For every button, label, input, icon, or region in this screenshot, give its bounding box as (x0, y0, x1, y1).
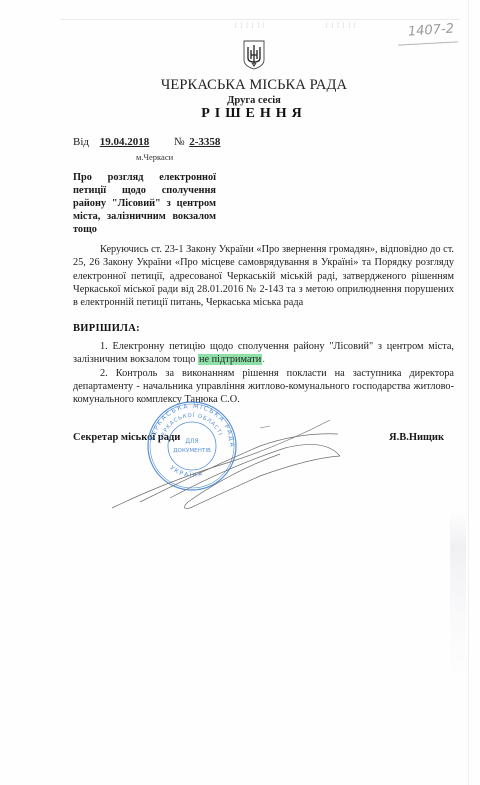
handwritten-signature (110, 410, 340, 510)
document-type: РІШЕННЯ (0, 106, 480, 122)
number-label: № (174, 136, 185, 148)
decided-label: ВИРІШИЛА: (73, 323, 140, 334)
top-rule (60, 19, 460, 20)
registration-mark: 1407-2 (408, 21, 455, 39)
decision-date: 19.04.2018 (100, 136, 150, 148)
city: м.Черкаси (136, 152, 173, 162)
date-number-line: Від 19.04.2018 № 2-3358 (73, 136, 220, 148)
highlighted-phrase: не підтримати (198, 354, 262, 365)
scan-smudge (450, 512, 466, 682)
scan-ticks: ¦¦¦¦¦¦ (234, 22, 268, 28)
decision-number: 2-3358 (189, 136, 220, 148)
session-name: Друга сесія (0, 95, 480, 106)
decision-subject: Про розгляд електронної петиції щодо спо… (73, 171, 216, 236)
organization-name: ЧЕРКАСЬКА МІСЬКА РАДА (0, 77, 480, 94)
preamble: Керуючись ст. 23-1 Закону України «Про з… (73, 243, 454, 309)
date-label: Від (73, 136, 89, 148)
registration-underline (398, 41, 458, 45)
coat-of-arms-trident-icon (243, 40, 265, 70)
decision-items: 1. Електронну петицію щодо сполучення ра… (73, 340, 454, 406)
document-page: ¦¦¦¦¦¦ ¦¦¦¦¦¦ 1407-2 ЧЕРКАСЬКА МІСЬКА РА… (0, 0, 480, 785)
preamble-text: Керуючись ст. 23-1 Закону України «Про з… (73, 243, 454, 309)
decision-item-1: 1. Електронну петицію щодо сполучення ра… (73, 340, 454, 367)
signatory-name: Я.В.Нищик (389, 432, 444, 443)
decision-item-2: 2. Контроль за виконанням рішення поклас… (73, 367, 454, 407)
scan-ticks: ¦¦¦¦¦¦ (325, 22, 359, 28)
